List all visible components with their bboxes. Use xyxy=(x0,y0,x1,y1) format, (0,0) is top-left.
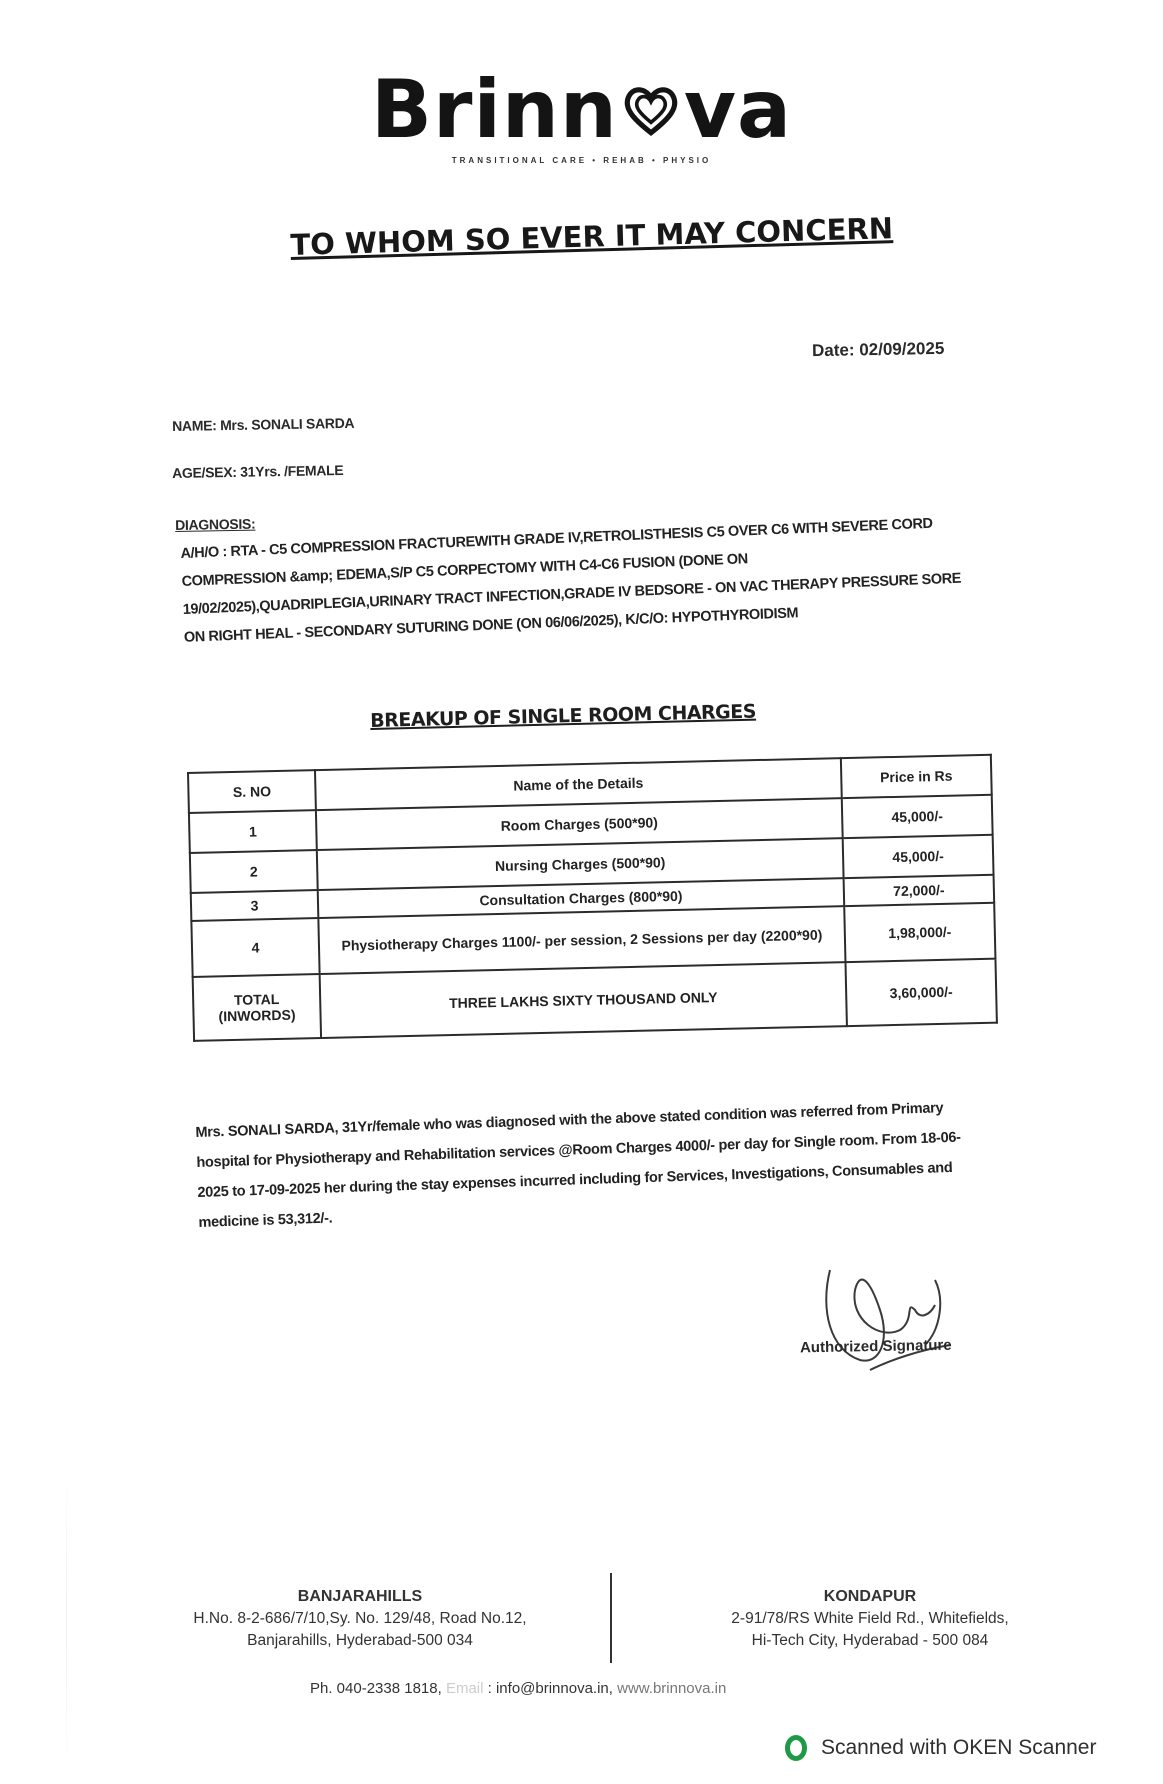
row-sno: 2 xyxy=(190,850,318,893)
summary-paragraph: Mrs. SONALI SARDA, 31Yr/female who was d… xyxy=(195,1092,989,1238)
signature-scribble xyxy=(820,1250,970,1380)
website-link[interactable]: www.brinnova.in xyxy=(617,1680,726,1697)
contact-line: Ph. 040-2338 1818, Email : info@brinnova… xyxy=(310,1680,726,1697)
letterhead-logo: Brinn va TRANSITIONAL CARE • REHAB • PHY… xyxy=(0,70,1163,165)
branch-name: KONDAPUR xyxy=(680,1586,1060,1608)
signature-label: Authorized Signature xyxy=(800,1337,952,1357)
letter-date: Date: 02/09/2025 xyxy=(812,339,945,361)
scan-smudge xyxy=(66,1470,67,1770)
branch-line2: Banjarahills, Hyderabad-500 034 xyxy=(160,1630,560,1652)
branch-name: BANJARAHILLS xyxy=(160,1586,560,1608)
branch-address-right: KONDAPUR 2-91/78/RS White Field Rd., Whi… xyxy=(680,1586,1060,1652)
patient-name: NAME: Mrs. SONALI SARDA xyxy=(172,415,354,434)
charges-table: S. NO Name of the Details Price in Rs 1 … xyxy=(187,754,998,1042)
brand-suffix: va xyxy=(684,70,792,150)
branch-line1: H.No. 8-2-686/7/10,Sy. No. 129/48, Road … xyxy=(160,1608,560,1630)
row-sno: 4 xyxy=(191,918,319,977)
total-label: TOTAL (INWORDS) xyxy=(193,974,321,1041)
oken-scanner-icon xyxy=(785,1735,807,1761)
total-value: 3,60,000/- xyxy=(845,959,996,1026)
row-price: 1,98,000/- xyxy=(844,903,995,962)
branch-address-left: BANJARAHILLS H.No. 8-2-686/7/10,Sy. No. … xyxy=(160,1586,560,1652)
header-sno: S. NO xyxy=(188,770,316,813)
diagnosis-label: DIAGNOSIS: xyxy=(175,516,256,533)
header-price: Price in Rs xyxy=(841,755,992,798)
charges-title: BREAKUP OF SINGLE ROOM CHARGES xyxy=(370,701,756,732)
letter-heading: TO WHOM SO EVER IT MAY CONCERN xyxy=(290,211,893,262)
row-sno: 3 xyxy=(191,890,319,921)
scanner-text: Scanned with OKEN Scanner xyxy=(821,1736,1096,1760)
row-price: 45,000/- xyxy=(842,795,993,838)
brand-prefix: Brinn xyxy=(371,70,618,150)
scanner-watermark: Scanned with OKEN Scanner xyxy=(785,1735,1096,1761)
tagline: TRANSITIONAL CARE • REHAB • PHYSIO xyxy=(0,156,1163,165)
row-price: 45,000/- xyxy=(843,835,994,878)
heart-icon xyxy=(620,79,682,141)
footer-divider xyxy=(610,1573,612,1663)
row-price: 72,000/- xyxy=(844,875,995,906)
diagnosis-text: A/H/O : RTA - C5 COMPRESSION FRACTUREWIT… xyxy=(180,508,984,652)
brand-name: Brinn va xyxy=(371,70,792,150)
patient-age-sex: AGE/SEX: 31Yrs. /FEMALE xyxy=(172,462,344,481)
document-page: Brinn va TRANSITIONAL CARE • REHAB • PHY… xyxy=(0,0,1163,1784)
row-sno: 1 xyxy=(189,810,317,853)
total-words: THREE LAKHS SIXTY THOUSAND ONLY xyxy=(320,962,847,1038)
branch-line2: Hi-Tech City, Hyderabad - 500 084 xyxy=(680,1630,1060,1652)
email-address[interactable]: : info@brinnova.in, xyxy=(488,1680,613,1697)
branch-line1: 2-91/78/RS White Field Rd., Whitefields, xyxy=(680,1608,1060,1630)
phone-number: Ph. 040-2338 1818, xyxy=(310,1680,442,1697)
email-label: Email xyxy=(446,1680,484,1697)
